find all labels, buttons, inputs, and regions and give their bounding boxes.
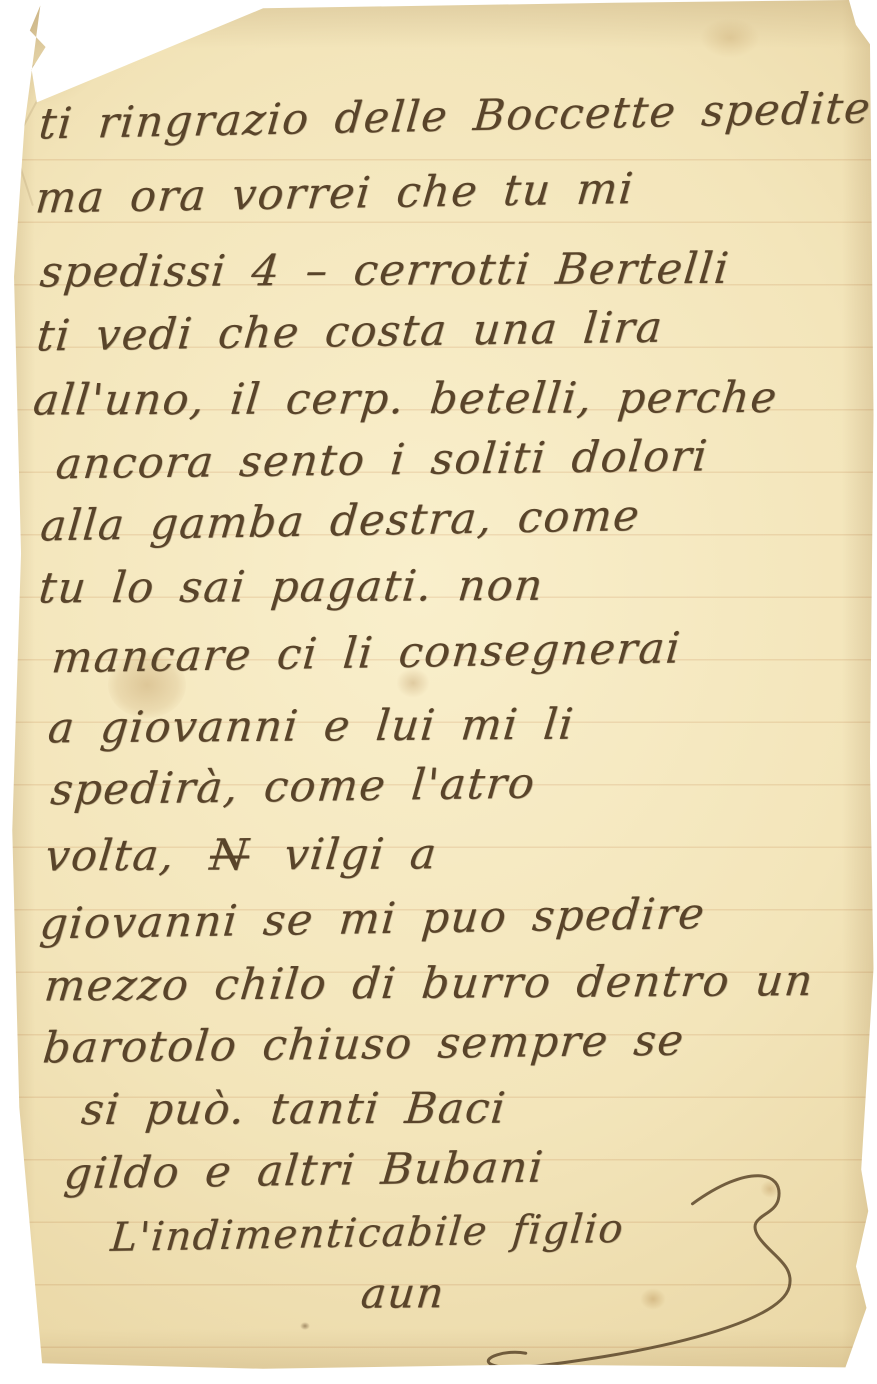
letter-line-1: ti ringrazio delle Boccette spedite (37, 83, 873, 149)
letter-line-11: spedirà, come l'atro (49, 759, 538, 816)
line-12-pre: volta, (43, 831, 178, 882)
letter-line-9: mancare ci li consegnerai (49, 623, 683, 683)
letter-line-10: a giovanni e lui mi li (46, 700, 577, 754)
scanned-letter: ti ringrazio delle Boccette spedite ma o… (0, 0, 877, 1384)
letter-line-5: all'uno, il cerp. betelli, perche (31, 373, 780, 426)
handwritten-text: ti ringrazio delle Boccette spedite ma o… (0, 0, 877, 1384)
line-12-post: vilgi a (282, 829, 440, 880)
letter-line-8: tu lo sai pagati. non (37, 561, 547, 614)
letter-line-6: ancora sento i soliti dolori (54, 431, 711, 489)
letter-line-12: volta, N vilgi a (43, 829, 440, 881)
letter-line-13: giovanni se mi puo spedire (38, 889, 708, 950)
paper-sheet: ti ringrazio delle Boccette spedite ma o… (0, 0, 877, 1384)
letter-line-4: ti vedi che costa una lira (35, 303, 666, 362)
signature: aun (359, 1268, 448, 1317)
struck-out-word: N (208, 830, 252, 880)
letter-line-17: gildo e altri Bubani (62, 1143, 546, 1200)
letter-line-16: si può. tanti Baci (79, 1084, 509, 1136)
letter-line-7: alla gamba destra, come (38, 491, 642, 552)
letter-line-15: barotolo chiuso sempre se (41, 1016, 687, 1074)
letter-line-3: spedissi 4 – cerrotti Bertelli (38, 244, 732, 298)
letter-line-14: mezzo chilo di burro dentro un (42, 956, 816, 1011)
closing-line: L'indimenticabile figlio (109, 1206, 626, 1261)
letter-line-2: ma ora vorrei che tu mi (33, 164, 636, 223)
